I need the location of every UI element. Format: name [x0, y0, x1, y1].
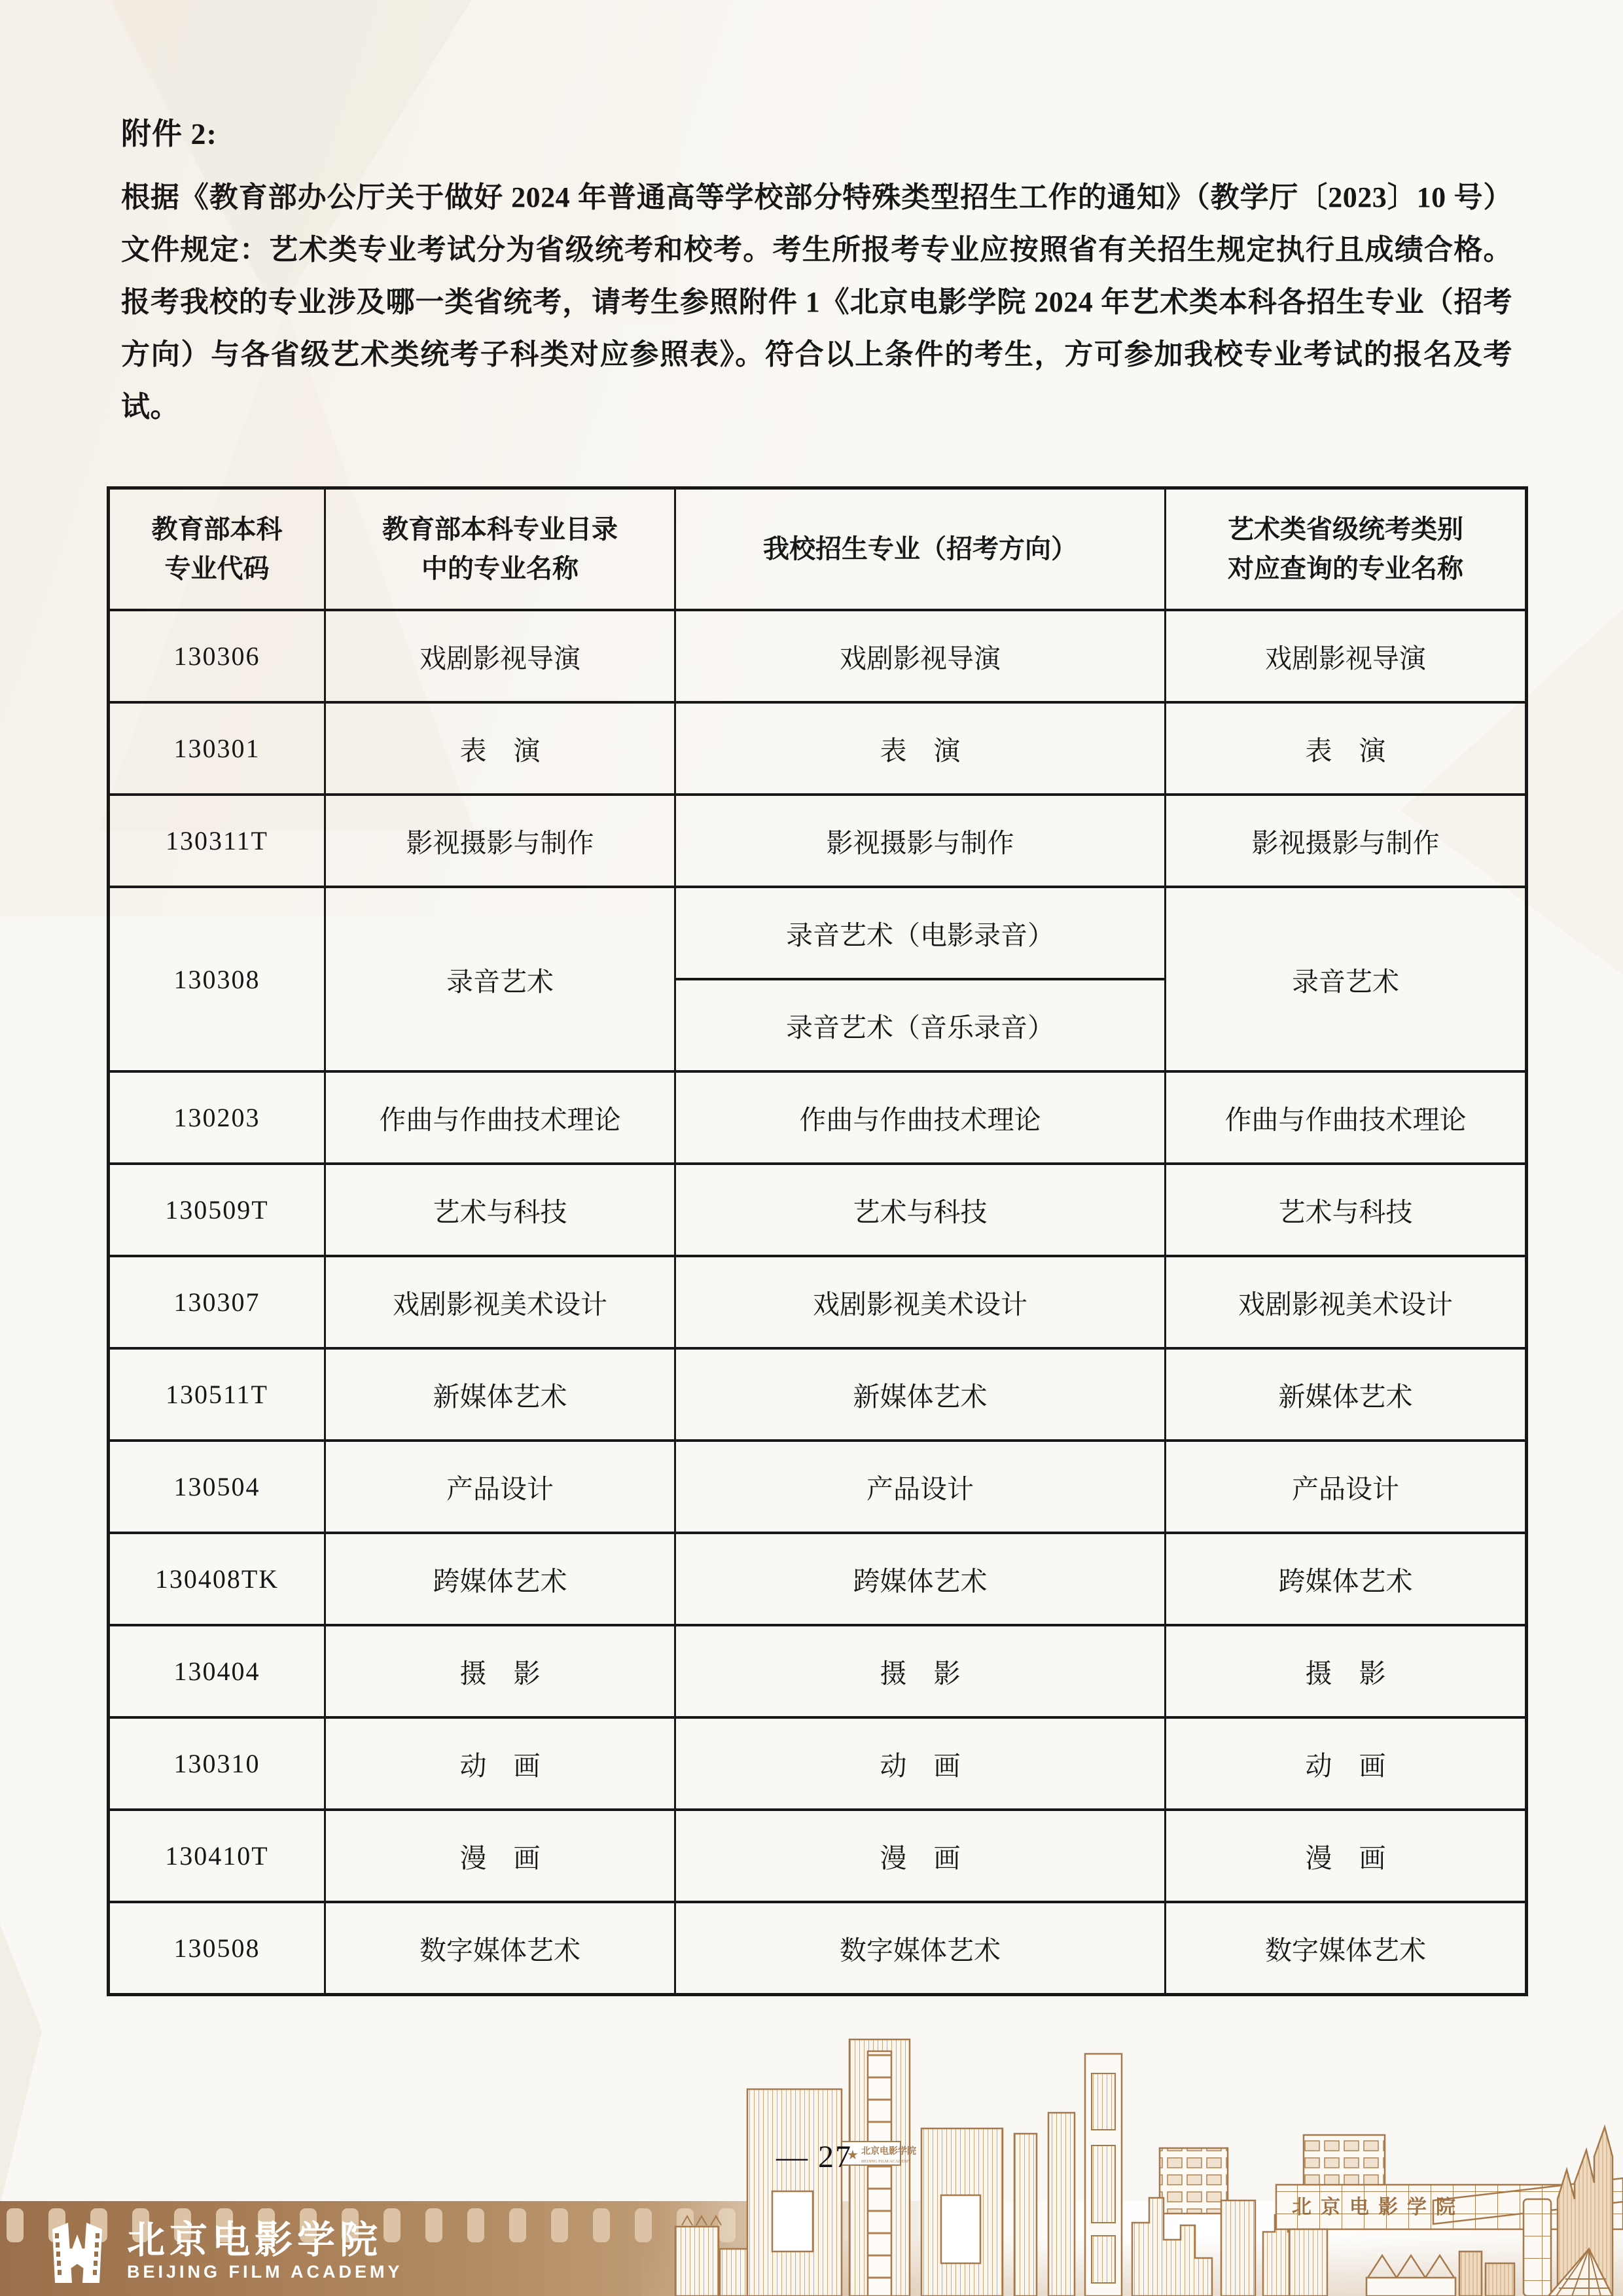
cell-school-major: 新媒体艺术: [675, 1348, 1166, 1441]
header-exam-category: 艺术类省级统考类别 对应查询的专业名称: [1166, 488, 1527, 611]
header-code: 教育部本科 专业代码: [109, 488, 325, 611]
film-hole: [593, 2208, 610, 2242]
intro-paragraph: 根据《教育部办公厅关于做好 2024 年普通高等学校部分特殊类型招生工作的通知》…: [121, 171, 1512, 433]
cell-code: 130203: [109, 1071, 325, 1164]
cell-school-major: 跨媒体艺术: [675, 1533, 1166, 1625]
table-row: 130404摄 影摄 影摄 影: [109, 1625, 1527, 1717]
film-hole: [467, 2208, 484, 2242]
cell-catalog-name: 艺术与科技: [325, 1164, 675, 1256]
film-hole: [509, 2208, 526, 2242]
table-body: 130306戏剧影视导演戏剧影视导演戏剧影视导演130301表 演表 演表 演1…: [109, 610, 1527, 1995]
cell-exam-category: 漫 画: [1166, 1810, 1527, 1902]
cell-exam-category: 新媒体艺术: [1166, 1348, 1527, 1441]
cell-exam-category: 作曲与作曲技术理论: [1166, 1071, 1527, 1164]
cell-code: 130311T: [109, 795, 325, 887]
header-catalog-name: 教育部本科专业目录 中的专业名称: [325, 488, 675, 611]
cell-school-major: 影视摄影与制作: [675, 795, 1166, 887]
cell-school-major: 艺术与科技: [675, 1164, 1166, 1256]
table-row: 130408TK跨媒体艺术跨媒体艺术跨媒体艺术: [109, 1533, 1527, 1625]
cell-school-major: 表 演: [675, 702, 1166, 795]
cell-school-major: 作曲与作曲技术理论: [675, 1071, 1166, 1164]
cell-exam-category: 摄 影: [1166, 1625, 1527, 1717]
plaque-en-text: BEIJING FILM ACADEMY: [861, 2159, 911, 2164]
table-row: 130410T漫 画漫 画漫 画: [109, 1810, 1527, 1902]
cell-catalog-name: 作曲与作曲技术理论: [325, 1071, 675, 1164]
cell-catalog-name: 表 演: [325, 702, 675, 795]
cell-code: 130410T: [109, 1810, 325, 1902]
cell-catalog-name: 录音艺术: [325, 887, 675, 1071]
table-row: 130203作曲与作曲技术理论作曲与作曲技术理论作曲与作曲技术理论: [109, 1071, 1527, 1164]
cell-catalog-name: 动 画: [325, 1717, 675, 1810]
film-star-logo-icon: [45, 2220, 110, 2286]
cell-catalog-name: 影视摄影与制作: [325, 795, 675, 887]
table-row: 130508数字媒体艺术数字媒体艺术数字媒体艺术: [109, 1902, 1527, 1995]
logo-text-block: 北京电影学院 BEIJING FILM ACADEMY: [127, 2220, 403, 2283]
table-row: 130306戏剧影视导演戏剧影视导演戏剧影视导演: [109, 610, 1527, 702]
cell-school-major: 漫 画: [675, 1810, 1166, 1902]
cell-school-major: 产品设计: [675, 1441, 1166, 1533]
cell-catalog-name: 戏剧影视导演: [325, 610, 675, 702]
cell-exam-category: 艺术与科技: [1166, 1164, 1527, 1256]
page-number: — 27: [776, 2139, 852, 2175]
cell-school-major: 数字媒体艺术: [675, 1902, 1166, 1995]
majors-table-wrapper: 教育部本科 专业代码 教育部本科专业目录 中的专业名称 我校招生专业（招考方向）…: [107, 486, 1528, 1996]
table-row: 130310动 画动 画动 画: [109, 1717, 1527, 1810]
majors-table: 教育部本科 专业代码 教育部本科专业目录 中的专业名称 我校招生专业（招考方向）…: [107, 486, 1528, 1996]
cell-school-major: 摄 影: [675, 1625, 1166, 1717]
film-hole: [425, 2208, 442, 2242]
cell-school-major: 戏剧影视导演: [675, 610, 1166, 702]
header-school-major: 我校招生专业（招考方向）: [675, 488, 1166, 611]
logo-cn-text: 北京电影学院: [127, 2220, 403, 2261]
table-row: 130308录音艺术录音艺术（电影录音）录音艺术: [109, 887, 1527, 979]
cell-code: 130306: [109, 610, 325, 702]
bg-triangle: [0, 1924, 42, 2206]
table-row: 130509T艺术与科技艺术与科技艺术与科技: [109, 1164, 1527, 1256]
cell-exam-category: 戏剧影视美术设计: [1166, 1256, 1527, 1348]
plaque-cn-text: 北京电影学院: [861, 2145, 916, 2157]
logo-en-text: BEIJING FILM ACADEMY: [127, 2261, 403, 2283]
cell-catalog-name: 数字媒体艺术: [325, 1902, 675, 1995]
film-hole: [7, 2208, 24, 2242]
cell-catalog-name: 新媒体艺术: [325, 1348, 675, 1441]
cell-code: 130310: [109, 1717, 325, 1810]
cell-code: 130404: [109, 1625, 325, 1717]
table-row: 130504产品设计产品设计产品设计: [109, 1441, 1527, 1533]
cell-catalog-name: 漫 画: [325, 1810, 675, 1902]
cell-code: 130408TK: [109, 1533, 325, 1625]
table-header: 教育部本科 专业代码 教育部本科专业目录 中的专业名称 我校招生专业（招考方向）…: [109, 488, 1527, 611]
cell-exam-category: 动 画: [1166, 1717, 1527, 1810]
cell-code: 130504: [109, 1441, 325, 1533]
cell-catalog-name: 戏剧影视美术设计: [325, 1256, 675, 1348]
cell-school-major: 戏剧影视美术设计: [675, 1256, 1166, 1348]
cell-catalog-name: 摄 影: [325, 1625, 675, 1717]
cell-exam-category: 表 演: [1166, 702, 1527, 795]
cell-school-major: 录音艺术（音乐录音）: [675, 979, 1166, 1071]
cell-exam-category: 产品设计: [1166, 1441, 1527, 1533]
cell-catalog-name: 产品设计: [325, 1441, 675, 1533]
cell-school-major: 录音艺术（电影录音）: [675, 887, 1166, 979]
film-hole: [551, 2208, 568, 2242]
cell-school-major: 动 画: [675, 1717, 1166, 1810]
table-row: 130301表 演表 演表 演: [109, 702, 1527, 795]
table-row: 130307戏剧影视美术设计戏剧影视美术设计戏剧影视美术设计: [109, 1256, 1527, 1348]
cell-code: 130511T: [109, 1348, 325, 1441]
academy-logo: 北京电影学院 BEIJING FILM ACADEMY: [45, 2220, 403, 2286]
cell-exam-category: 录音艺术: [1166, 887, 1527, 1071]
gate-sign-text: 北京电影学院: [1292, 2196, 1465, 2218]
cell-exam-category: 戏剧影视导演: [1166, 610, 1527, 702]
table-row: 130511T新媒体艺术新媒体艺术新媒体艺术: [109, 1348, 1527, 1441]
cell-catalog-name: 跨媒体艺术: [325, 1533, 675, 1625]
cell-code: 130308: [109, 887, 325, 1071]
cell-code: 130301: [109, 702, 325, 795]
table-row: 130311T影视摄影与制作影视摄影与制作影视摄影与制作: [109, 795, 1527, 887]
cell-code: 130509T: [109, 1164, 325, 1256]
document-page: 附件 2: 根据《教育部办公厅关于做好 2024 年普通高等学校部分特殊类型招生…: [0, 0, 1623, 2296]
cell-code: 130508: [109, 1902, 325, 1995]
cell-exam-category: 跨媒体艺术: [1166, 1533, 1527, 1625]
cell-exam-category: 数字媒体艺术: [1166, 1902, 1527, 1995]
cell-exam-category: 影视摄影与制作: [1166, 795, 1527, 887]
attachment-label: 附件 2:: [121, 110, 217, 153]
cell-code: 130307: [109, 1256, 325, 1348]
